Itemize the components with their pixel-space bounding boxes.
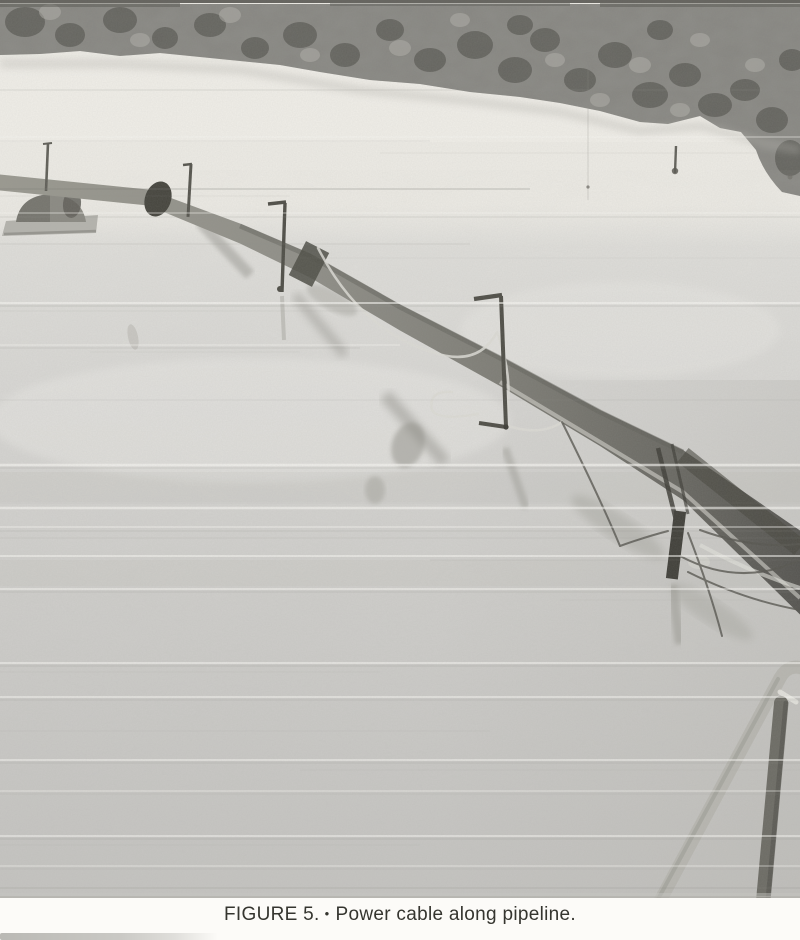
film-grain bbox=[0, 0, 800, 898]
figure-caption: FIGURE 5.•Power cable along pipeline. bbox=[0, 901, 800, 928]
scanned-page: FIGURE 5.•Power cable along pipeline. bbox=[0, 0, 800, 940]
page-edge-artifact bbox=[0, 933, 218, 940]
figure-caption-label: FIGURE 5. bbox=[224, 904, 320, 925]
figure-caption-title: Power cable along pipeline. bbox=[335, 904, 575, 925]
figure-photo bbox=[0, 0, 800, 898]
caption-separator-dot: • bbox=[325, 906, 330, 921]
